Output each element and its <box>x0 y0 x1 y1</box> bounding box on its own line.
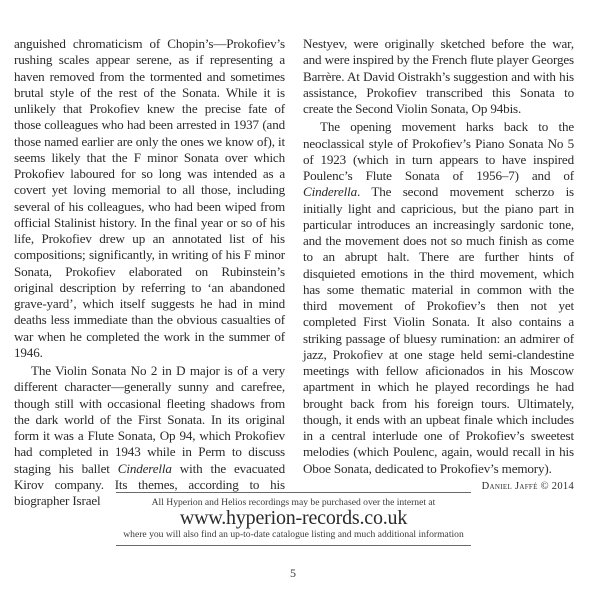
paragraph: The opening movement harks back to the n… <box>303 119 574 477</box>
paragraph-text: The Violin Sonata No 2 in D major is of … <box>14 363 285 476</box>
italic-title: Cinderella <box>118 461 172 476</box>
paragraph: Nestyev, were originally sketched before… <box>303 36 574 117</box>
website-url: www.hyperion-records.co.uk <box>116 508 471 529</box>
paragraph: anguished chromaticism of Chopin’s—Proko… <box>14 36 285 361</box>
right-text-column: Nestyev, were originally sketched before… <box>303 36 574 495</box>
italic-title: Cinderella <box>303 184 357 199</box>
paragraph-text: Nestyev, were originally sketched before… <box>303 36 574 116</box>
left-text-column: anguished chromaticism of Chopin’s—Proko… <box>14 36 285 511</box>
purchase-info-box: All Hyperion and Helios recordings may b… <box>116 492 471 546</box>
catalogue-note: where you will also find an up-to-date c… <box>116 529 471 540</box>
paragraph-text: . The second movement scherzo is initial… <box>303 184 574 475</box>
paragraph-text: anguished chromaticism of Chopin’s—Proko… <box>14 36 285 360</box>
paragraph: The Violin Sonata No 2 in D major is of … <box>14 363 285 509</box>
paragraph-text: The opening movement harks back to the n… <box>303 119 574 183</box>
page-number: 5 <box>0 566 586 581</box>
